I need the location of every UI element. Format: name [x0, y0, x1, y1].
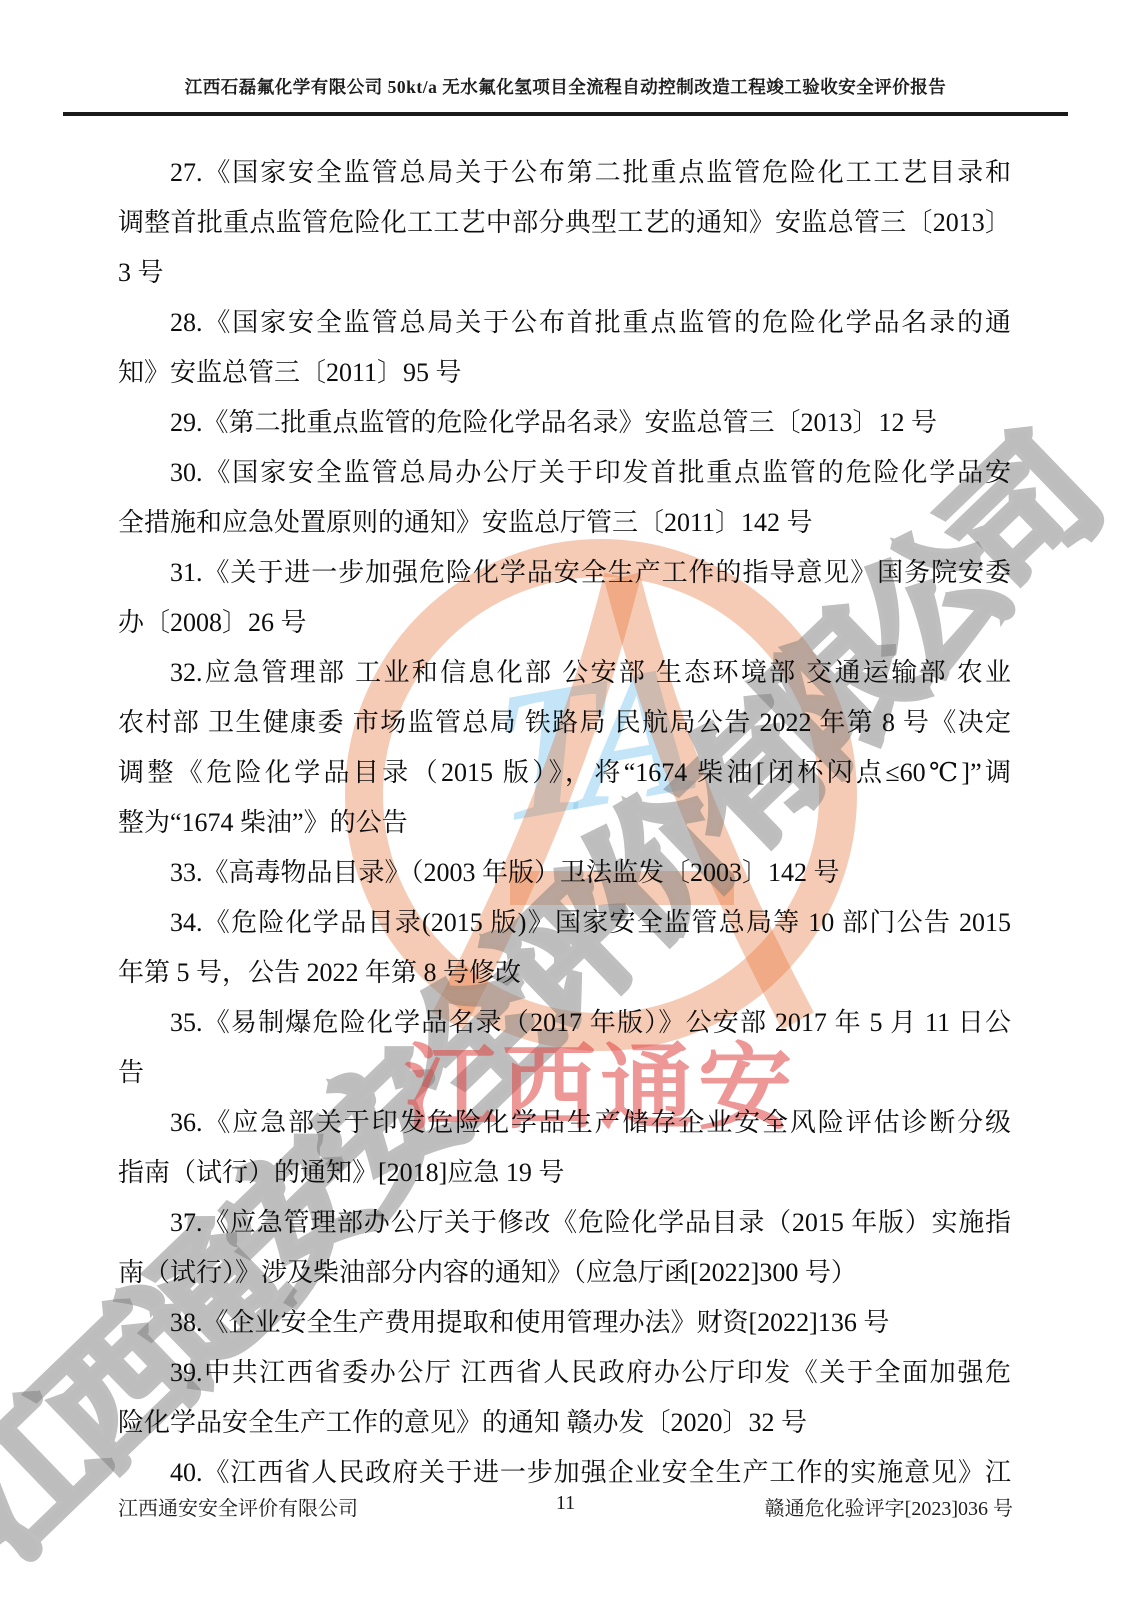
text-line: 40.《江西省人民政府关于进一步加强企业安全生产工作的实施意见》江: [118, 1448, 1011, 1498]
text-line: 29.《第二批重点监管的危险化学品名录》安监总管三〔2013〕12 号: [118, 398, 1011, 448]
text-line: 整为“1674 柴油”》的公告: [118, 798, 1011, 848]
text-line: 34.《危险化学品目录(2015 版)》国家安全监管总局等 10 部门公告 20…: [118, 898, 1011, 948]
text-line: 险化学品安全生产工作的意见》的通知 赣办发〔2020〕32 号: [118, 1398, 1011, 1448]
text-line: 27.《国家安全监管总局关于公布第二批重点监管危险化工工艺目录和: [118, 148, 1011, 198]
report-header-title: 江西石磊氟化学有限公司 50kt/a 无水氟化氢项目全流程自动控制改造工程竣工验…: [0, 74, 1131, 99]
text-line: 年第 5 号，公告 2022 年第 8 号修改: [118, 948, 1011, 998]
text-line: 告: [118, 1048, 1011, 1098]
text-line: 南（试行）》涉及柴油部分内容的通知》（应急厅函[2022]300 号）: [118, 1248, 1011, 1298]
text-line: 32.应急管理部 工业和信息化部 公安部 生态环境部 交通运输部 农业: [118, 648, 1011, 698]
text-line: 37.《应急管理部办公厅关于修改《危险化学品目录（2015 年版）实施指: [118, 1198, 1011, 1248]
text-line: 39.中共江西省委办公厅 江西省人民政府办公厅印发《关于全面加强危: [118, 1348, 1011, 1398]
text-line: 28.《国家安全监管总局关于公布首批重点监管的危险化学品名录的通: [118, 298, 1011, 348]
text-line: 调整首批重点监管危险化工工艺中部分典型工艺的通知》安监总管三〔2013〕: [118, 198, 1011, 248]
text-line: 33.《高毒物品目录》（2003 年版）卫法监发〔2003〕142 号: [118, 848, 1011, 898]
text-line: 指南（试行）的通知》[2018]应急 19 号: [118, 1148, 1011, 1198]
text-line: 农村部 卫生健康委 市场监管总局 铁路局 民航局公告 2022 年第 8 号《决…: [118, 698, 1011, 748]
text-line: 全措施和应急处置原则的通知》安监总厅管三〔2011〕142 号: [118, 498, 1011, 548]
text-line: 办〔2008〕26 号: [118, 598, 1011, 648]
text-line: 31.《关于进一步加强危险化学品安全生产工作的指导意见》国务院安委: [118, 548, 1011, 598]
page-footer: 江西通安安全评价有限公司 11 赣通危化验评字[2023]036 号: [118, 1492, 1013, 1522]
footer-doc-number: 赣通危化验评字[2023]036 号: [765, 1492, 1013, 1521]
report-page: TA 江西通安安全评价有限公司 江西通安 江西石磊氟化学有限公司 50kt/a …: [0, 0, 1131, 1600]
text-line: 38.《企业安全生产费用提取和使用管理办法》财资[2022]136 号: [118, 1298, 1011, 1348]
document-body: 27.《国家安全监管总局关于公布第二批重点监管危险化工工艺目录和调整首批重点监管…: [118, 148, 1011, 1498]
text-line: 30.《国家安全监管总局办公厅关于印发首批重点监管的危险化学品安: [118, 448, 1011, 498]
text-line: 调整《危险化学品目录（2015 版）》，将“1674 柴油[闭杯闪点≤60℃]”…: [118, 748, 1011, 798]
text-line: 35.《易制爆危险化学品名录（2017 年版）》公安部 2017 年 5 月 1…: [118, 998, 1011, 1048]
text-line: 知》安监总管三〔2011〕95 号: [118, 348, 1011, 398]
header-rule: [63, 112, 1068, 116]
text-line: 3 号: [118, 248, 1011, 298]
text-line: 36.《应急部关于印发危险化学品生产储存企业安全风险评估诊断分级: [118, 1098, 1011, 1148]
